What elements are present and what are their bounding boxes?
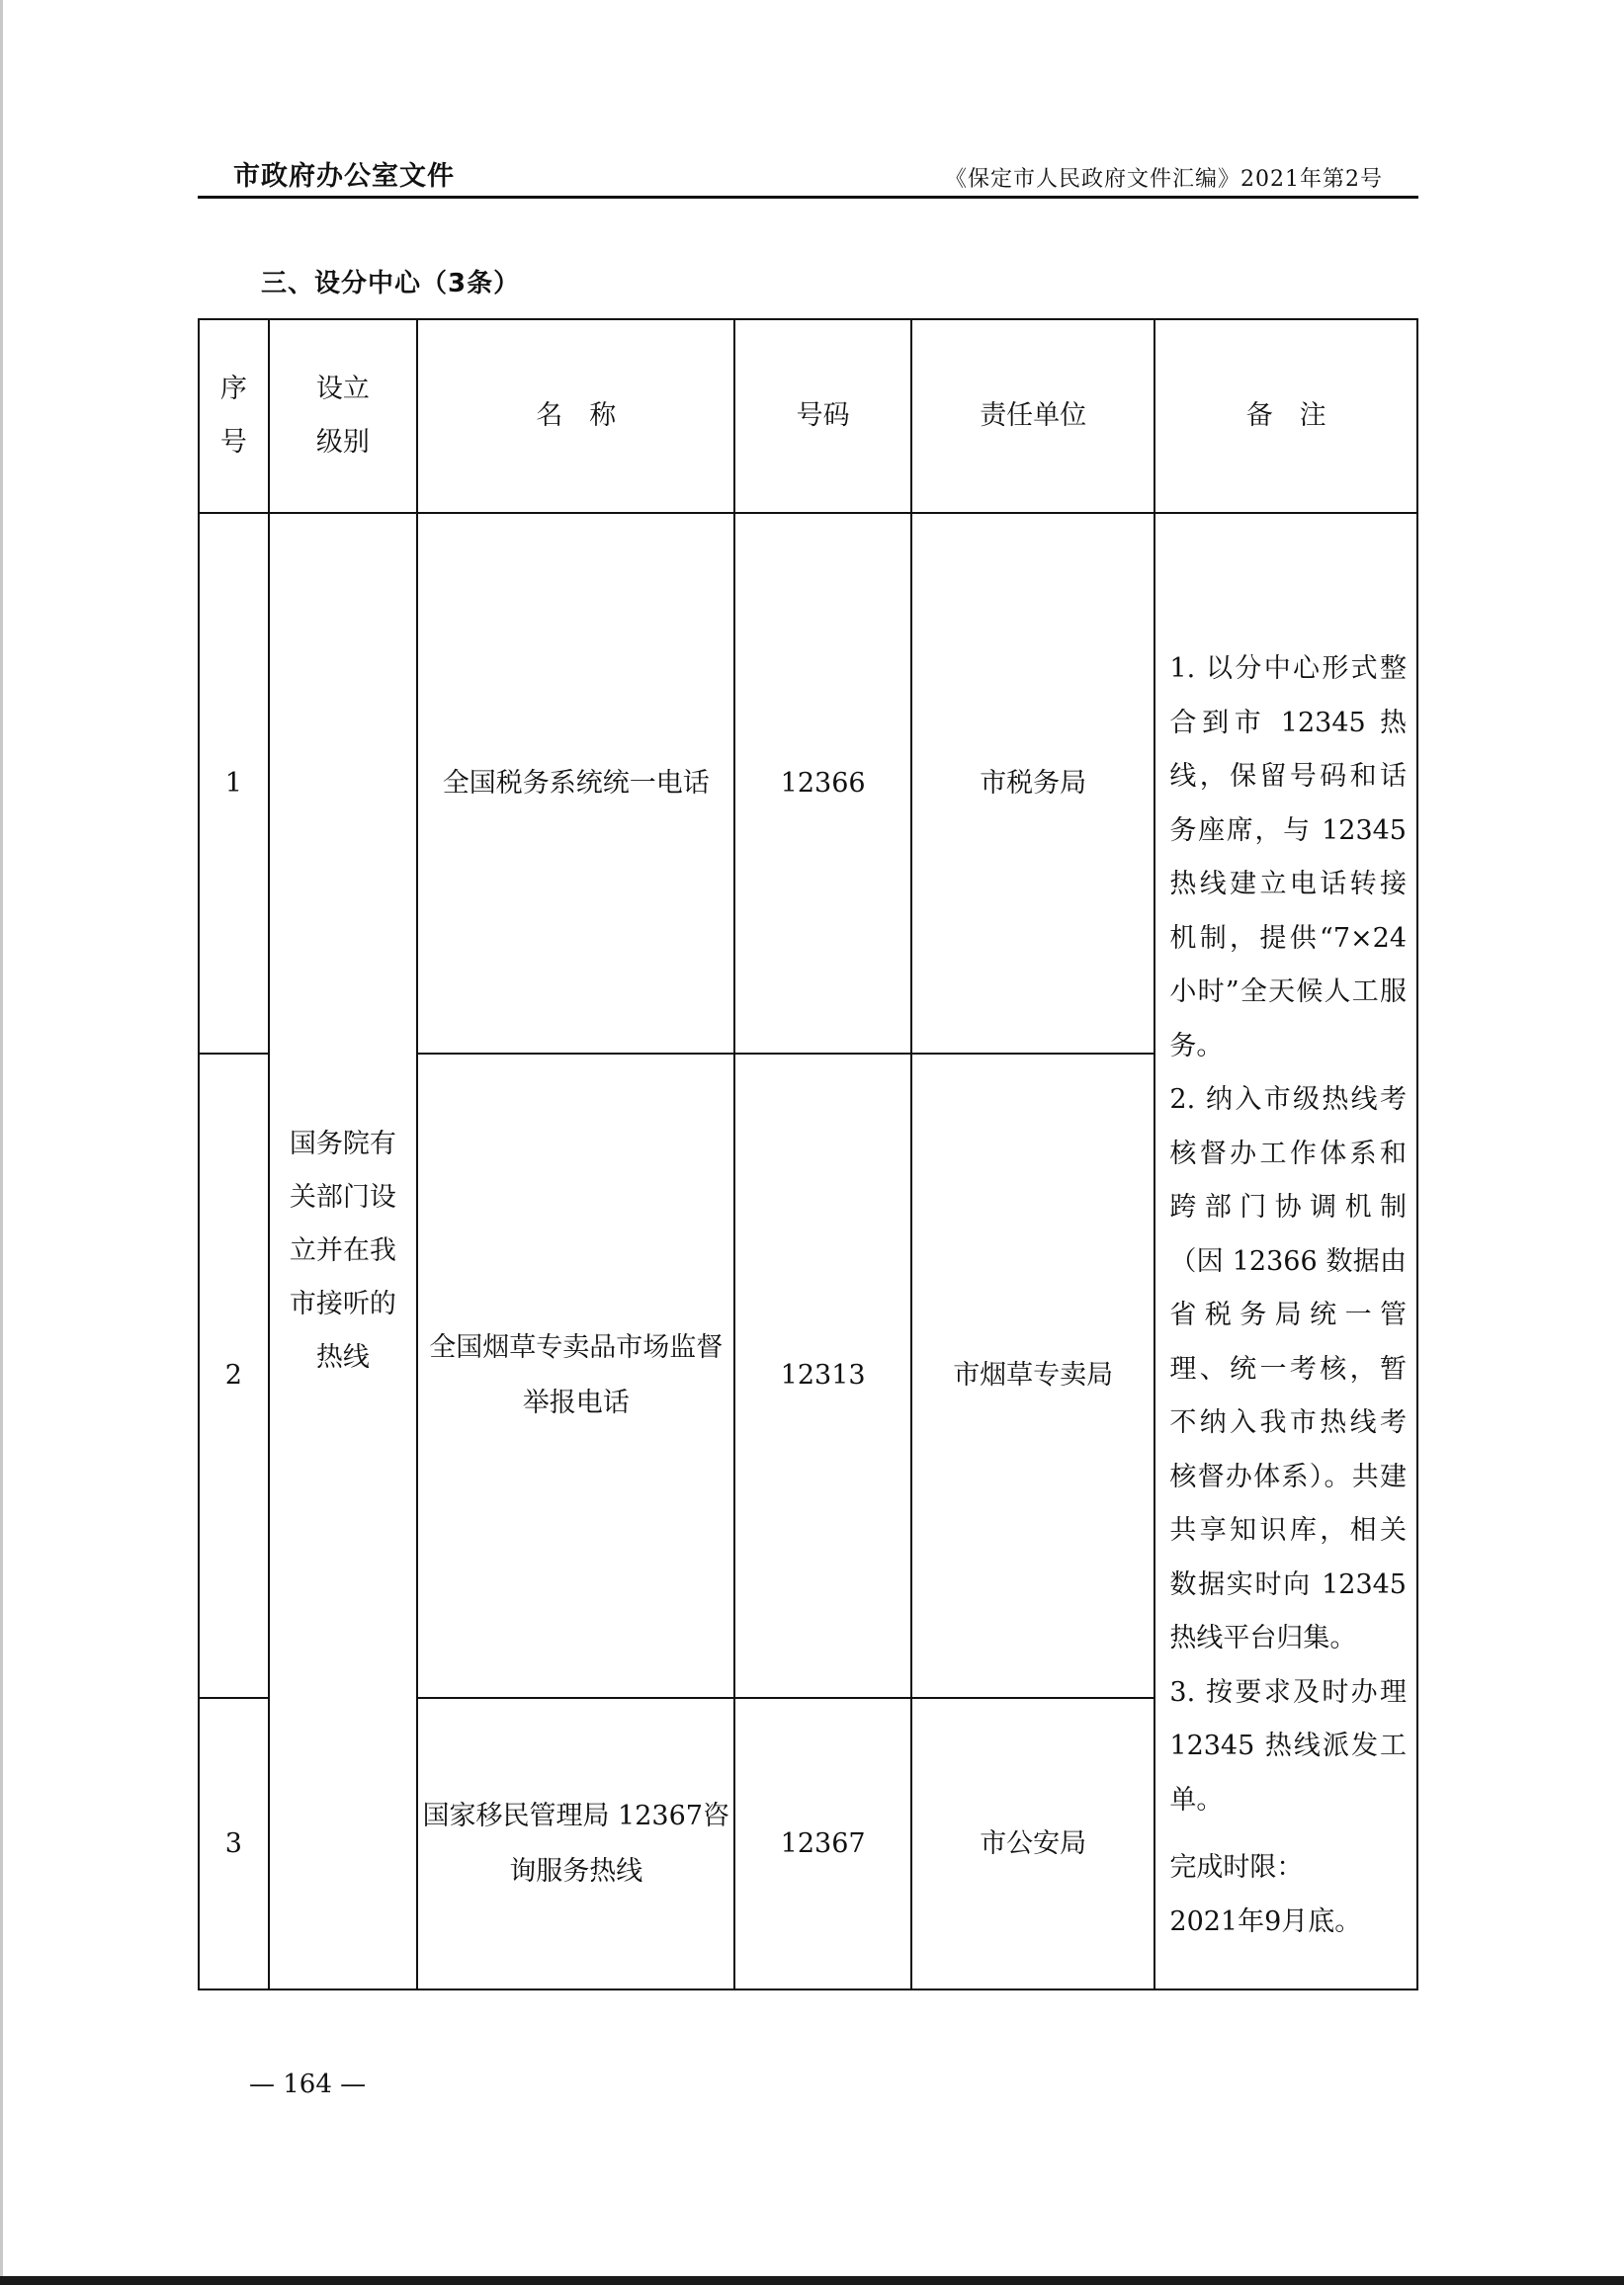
row-index: 1 bbox=[199, 513, 269, 1054]
responsible-unit: 市公安局 bbox=[911, 1698, 1154, 1989]
document-issuer: 市政府办公室文件 bbox=[233, 154, 455, 193]
column-header-index: 序 号 bbox=[199, 319, 269, 513]
table-header-row: 序 号 设立 级别 名 称 号码 责任单位 备 注 bbox=[199, 319, 1417, 513]
remarks-content: 1. 以分中心形式整合到市 12345 热线，保留号码和话务座席，与 12345… bbox=[1155, 553, 1416, 1949]
hotline-name: 全国烟草专卖品市场监督举报电话 bbox=[417, 1054, 734, 1698]
hotline-name: 全国税务系统统一电话 bbox=[417, 513, 734, 1054]
column-header-number: 号码 bbox=[734, 319, 911, 513]
column-header-level-line1: 设立 bbox=[270, 363, 416, 416]
remarks-cell: 1. 以分中心形式整合到市 12345 热线，保留号码和话务座席，与 12345… bbox=[1154, 513, 1417, 1989]
remark-item-2: 2. 纳入市级热线考核督办工作体系和跨部门协调机制（因 12366 数据由省税务… bbox=[1169, 1073, 1407, 1666]
hotline-number: 12367 bbox=[734, 1698, 911, 1989]
section-title: 三、设分中心（3条） bbox=[261, 263, 520, 299]
hotline-name: 国家移民管理局 12367咨询服务热线 bbox=[417, 1698, 734, 1989]
remark-item-1: 1. 以分中心形式整合到市 12345 热线，保留号码和话务座席，与 12345… bbox=[1169, 642, 1407, 1073]
setup-level-cell: 国务院有关部门设立并在我市接听的热线 bbox=[269, 513, 417, 1989]
scan-edge-bottom bbox=[0, 2276, 1624, 2285]
column-header-note: 备 注 bbox=[1154, 319, 1417, 513]
page-number: — 164 — bbox=[249, 2070, 366, 2099]
hotline-table: 序 号 设立 级别 名 称 号码 责任单位 备 注 1 国务院有关部门设立并在我… bbox=[198, 318, 1418, 1990]
column-header-index-line2: 号 bbox=[200, 416, 268, 469]
hotline-number: 12313 bbox=[734, 1054, 911, 1698]
publication-title: 《保定市人民政府文件汇编》2021年第2号 bbox=[945, 162, 1383, 193]
table-row: 1 国务院有关部门设立并在我市接听的热线 全国税务系统统一电话 12366 市税… bbox=[199, 513, 1417, 1054]
scan-edge-left bbox=[0, 0, 3, 2285]
hotline-number: 12366 bbox=[734, 513, 911, 1054]
remark-spacer bbox=[1169, 1827, 1407, 1841]
deadline-label: 完成时限： bbox=[1169, 1841, 1407, 1896]
column-header-level: 设立 级别 bbox=[269, 319, 417, 513]
row-index: 2 bbox=[199, 1054, 269, 1698]
responsible-unit: 市税务局 bbox=[911, 513, 1154, 1054]
column-header-unit: 责任单位 bbox=[911, 319, 1154, 513]
row-index: 3 bbox=[199, 1698, 269, 1989]
column-header-level-line2: 级别 bbox=[270, 416, 416, 469]
column-header-index-line1: 序 bbox=[200, 363, 268, 416]
column-header-name: 名 称 bbox=[417, 319, 734, 513]
remark-item-3: 3. 按要求及时办理 12345 热线派发工单。 bbox=[1169, 1666, 1407, 1828]
deadline-value: 2021年9月底。 bbox=[1169, 1896, 1407, 1950]
responsible-unit: 市烟草专卖局 bbox=[911, 1054, 1154, 1698]
setup-level-text: 国务院有关部门设立并在我市接听的热线 bbox=[290, 1118, 396, 1385]
header-rule bbox=[198, 196, 1418, 199]
